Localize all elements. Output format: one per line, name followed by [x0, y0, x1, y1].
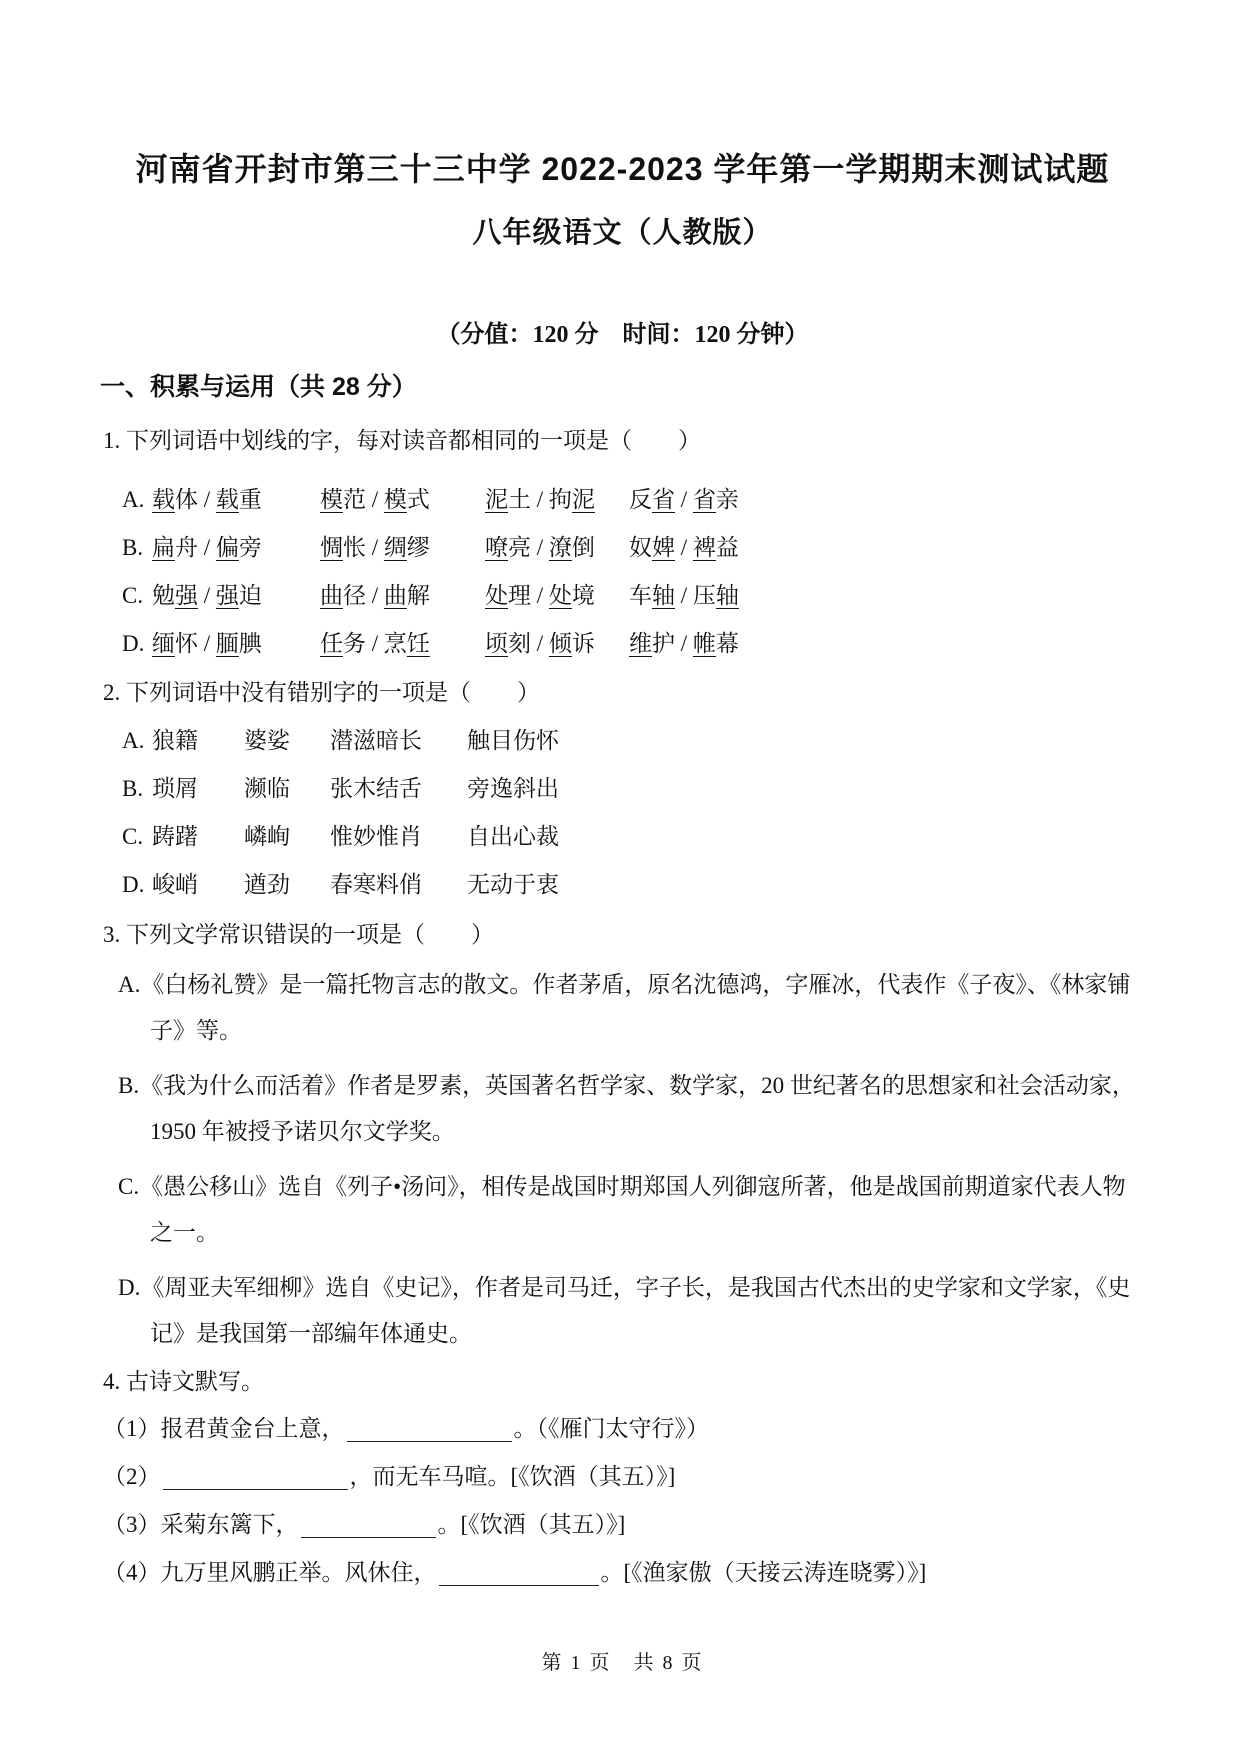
char: 刻 — [508, 631, 531, 656]
option-label: D. — [122, 620, 152, 668]
option-text: 《白杨礼赞》是一篇托物言志的散文。作者茅盾，原名沈德鸿，字雁冰，代表作《子夜》、… — [141, 972, 1130, 1043]
underlined-char: 处 — [485, 583, 508, 608]
option-label: C. — [122, 572, 152, 620]
word-pair: 顷刻 / 倾诉 — [485, 620, 629, 668]
word-pair: 奴婢 / 裨益 — [629, 524, 739, 572]
answer-blank — [347, 1418, 512, 1442]
char: 范 — [343, 487, 366, 512]
underlined-char: 载 — [216, 487, 239, 512]
page-subtitle: 八年级语文（人教版） — [100, 216, 1145, 251]
char: 解 — [407, 583, 430, 608]
option-label: C. — [122, 813, 152, 861]
q2-option-row: B.琐屑濒临张木结舌旁逸斜出 — [122, 765, 1145, 813]
underlined-char: 模 — [384, 487, 407, 512]
char: / — [366, 631, 384, 656]
option-text: 《愚公移山》选自《列子•汤问》，相传是战国时期郑国人列御寇所著，他是战国前期道家… — [140, 1174, 1126, 1245]
char: / — [675, 487, 693, 512]
char: 反 — [629, 487, 652, 512]
underlined-char: 绸 — [384, 535, 407, 560]
char: / — [366, 583, 384, 608]
word-pair: 扁舟 / 偏旁 — [152, 524, 320, 572]
char: 倒 — [572, 535, 595, 560]
char: 式 — [407, 487, 430, 512]
underlined-char: 缅 — [152, 631, 175, 656]
item-text: 。（《雁门太守行》） — [514, 1416, 710, 1441]
char: 重 — [239, 487, 262, 512]
page-title: 河南省开封市第三十三中学 2022-2023 学年第一学期期末测试试题 — [100, 150, 1145, 188]
q3-option: C.《愚公移山》选自《列子•汤问》，相传是战国时期郑国人列御寇所著，他是战国前期… — [118, 1164, 1145, 1256]
underlined-char: 强 — [175, 583, 198, 608]
word-pair: 缅怀 / 腼腆 — [152, 620, 320, 668]
word-pair: 反省 / 省亲 — [629, 476, 739, 524]
underlined-char: 扁 — [152, 535, 175, 560]
char: 腆 — [239, 631, 262, 656]
char: / — [531, 487, 549, 512]
item-text: （4）九万里风鹏正举。风休住， — [103, 1560, 437, 1585]
char: / — [366, 535, 384, 560]
word-pair: 任务 / 烹饪 — [320, 620, 485, 668]
item-text: （2） — [103, 1464, 161, 1489]
q1-option-row: D.缅怀 / 腼腆任务 / 烹饪顷刻 / 倾诉维护 / 帷幕 — [122, 620, 1145, 668]
q3-options: A.《白杨礼赞》是一篇托物言志的散文。作者茅盾，原名沈德鸿，字雁冰，代表作《子夜… — [100, 962, 1145, 1357]
option-word: 春寒料俏 — [330, 861, 467, 909]
underlined-char: 载 — [152, 487, 175, 512]
underlined-char: 省 — [693, 487, 716, 512]
q1-option-row: C.勉强 / 强迫曲径 / 曲解处理 / 处境车轴 / 压轴 — [122, 572, 1145, 620]
underlined-char: 强 — [216, 583, 239, 608]
q3-option: A.《白杨礼赞》是一篇托物言志的散文。作者茅盾，原名沈德鸿，字雁冰，代表作《子夜… — [118, 962, 1145, 1054]
option-label: B. — [122, 765, 152, 813]
char: / — [531, 631, 549, 656]
char: 亲 — [716, 487, 739, 512]
underlined-char: 维 — [629, 631, 652, 656]
underlined-char: 曲 — [320, 583, 343, 608]
underlined-char: 帷 — [693, 631, 716, 656]
char: 怅 — [343, 535, 366, 560]
item-text: 。[《渔家傲（天接云涛连晓雾）》] — [601, 1560, 927, 1585]
option-word: 惟妙惟肖 — [330, 813, 467, 861]
q1-option-row: B.扁舟 / 偏旁惆怅 / 绸缪嘹亮 / 潦倒奴婢 / 裨益 — [122, 524, 1145, 572]
underlined-char: 省 — [652, 487, 675, 512]
item-text: （1）报君黄金台上意， — [103, 1416, 345, 1441]
char: 舟 — [175, 535, 198, 560]
word-pair: 勉强 / 强迫 — [152, 572, 320, 620]
q3-option: B.《我为什么而活着》作者是罗素，英国著名哲学家、数学家，20 世纪著名的思想家… — [118, 1063, 1145, 1155]
item-text: 。[《饮酒（其五）》] — [438, 1512, 626, 1537]
q4-item: （4）九万里风鹏正举。风休住，。[《渔家傲（天接云涛连晓雾）》] — [103, 1549, 1145, 1597]
char: 迫 — [239, 583, 262, 608]
q2-option-row: A.狼籍婆娑潜滋暗长触目伤怀 — [122, 717, 1145, 765]
char: / — [198, 631, 216, 656]
underlined-char: 饪 — [407, 631, 430, 656]
q4-items: （1）报君黄金台上意，。（《雁门太守行》）（2），而无车马喧。[《饮酒（其五）》… — [100, 1405, 1145, 1597]
word-pair: 模范 / 模式 — [320, 476, 485, 524]
option-word: 旁逸斜出 — [467, 765, 559, 813]
char: 亮 — [508, 535, 531, 560]
underlined-char: 潦 — [549, 535, 572, 560]
word-pair: 惆怅 / 绸缪 — [320, 524, 485, 572]
underlined-char: 惆 — [320, 535, 343, 560]
char: 境 — [572, 583, 595, 608]
option-word: 嶙峋 — [244, 813, 330, 861]
char: / — [366, 487, 384, 512]
q2-option-row: D.峻峭遒劲春寒料俏无动于衷 — [122, 861, 1145, 909]
option-word: 琐屑 — [152, 765, 244, 813]
word-pair: 处理 / 处境 — [485, 572, 629, 620]
q4-item: （1）报君黄金台上意，。（《雁门太守行》） — [103, 1405, 1145, 1453]
underlined-char: 处 — [549, 583, 572, 608]
option-label: A. — [122, 717, 152, 765]
option-word: 峻峭 — [152, 861, 244, 909]
option-word: 张木结舌 — [330, 765, 467, 813]
char: 土 — [508, 487, 531, 512]
underlined-char: 模 — [320, 487, 343, 512]
char: / — [675, 631, 693, 656]
char: / — [198, 583, 216, 608]
option-word: 遒劲 — [244, 861, 330, 909]
option-label: C. — [118, 1174, 140, 1199]
option-label: B. — [118, 1073, 140, 1098]
char: 奴 — [629, 535, 652, 560]
option-word: 自出心裁 — [467, 813, 559, 861]
underlined-char: 任 — [320, 631, 343, 656]
underlined-char: 顷 — [485, 631, 508, 656]
option-word: 濒临 — [244, 765, 330, 813]
q4-item: （3）采菊东篱下，。[《饮酒（其五）》] — [103, 1501, 1145, 1549]
char: 护 — [652, 631, 675, 656]
underlined-char: 裨 — [693, 535, 716, 560]
char: / — [675, 535, 693, 560]
q2-stem: 2. 下列词语中没有错别字的一项是（ ） — [103, 677, 1145, 708]
q2-options: A.狼籍婆娑潜滋暗长触目伤怀B.琐屑濒临张木结舌旁逸斜出C.踌躇嶙峋惟妙惟肖自出… — [100, 717, 1145, 909]
char: 诉 — [572, 631, 595, 656]
char: / — [675, 583, 693, 608]
option-label: A. — [122, 476, 152, 524]
char: 怀 — [175, 631, 198, 656]
char: / — [198, 487, 216, 512]
word-pair: 维护 / 帷幕 — [629, 620, 739, 668]
char: 理 — [508, 583, 531, 608]
q2-option-row: C.踌躇嶙峋惟妙惟肖自出心裁 — [122, 813, 1145, 861]
char: 勉 — [152, 583, 175, 608]
underlined-char: 婢 — [652, 535, 675, 560]
option-word: 无动于衷 — [467, 861, 559, 909]
char: / — [531, 535, 549, 560]
underlined-char: 泥 — [572, 487, 595, 512]
option-text: 《我为什么而活着》作者是罗素，英国著名哲学家、数学家，20 世纪著名的思想家和社… — [140, 1073, 1135, 1144]
option-text: 《周亚夫军细柳》选自《史记》，作者是司马迁，字子长，是我国古代杰出的史学家和文学… — [141, 1275, 1130, 1346]
word-pair: 泥土 / 拘泥 — [485, 476, 629, 524]
option-word: 潜滋暗长 — [330, 717, 467, 765]
underlined-char: 腼 — [216, 631, 239, 656]
option-word: 狼籍 — [152, 717, 244, 765]
option-label: B. — [122, 524, 152, 572]
q1-option-row: A.载体 / 载重模范 / 模式泥土 / 拘泥反省 / 省亲 — [122, 476, 1145, 524]
underlined-char: 倾 — [549, 631, 572, 656]
q1-stem: 1. 下列词语中划线的字，每对读音都相同的一项是（ ） — [103, 425, 1145, 456]
underlined-char: 偏 — [216, 535, 239, 560]
char: 缪 — [407, 535, 430, 560]
option-word: 婆娑 — [244, 717, 330, 765]
word-pair: 曲径 / 曲解 — [320, 572, 485, 620]
page-number: 第 1 页 共 8 页 — [100, 1651, 1145, 1675]
answer-blank — [163, 1466, 348, 1490]
q4-stem: 4. 古诗文默写。 — [103, 1366, 1145, 1397]
char: 车 — [629, 583, 652, 608]
char: / — [531, 583, 549, 608]
option-label: A. — [118, 972, 141, 997]
char: 务 — [343, 631, 366, 656]
q3-option: D.《周亚夫军细柳》选自《史记》，作者是司马迁，字子长，是我国古代杰出的史学家和… — [118, 1265, 1145, 1357]
option-label: D. — [118, 1275, 141, 1300]
q3-stem: 3. 下列文学常识错误的一项是（ ） — [103, 919, 1145, 950]
score-time-line: （分值：120 分 时间：120 分钟） — [100, 321, 1145, 350]
underlined-char: 嘹 — [485, 535, 508, 560]
char: 压 — [693, 583, 716, 608]
char: 烹 — [384, 631, 407, 656]
q1-options: A.载体 / 载重模范 / 模式泥土 / 拘泥反省 / 省亲B.扁舟 / 偏旁惆… — [100, 476, 1145, 668]
underlined-char: 曲 — [384, 583, 407, 608]
char: 益 — [716, 535, 739, 560]
section1-heading: 一、积累与运用（共 28 分） — [100, 372, 1145, 403]
word-pair: 载体 / 载重 — [152, 476, 320, 524]
q4-item: （2），而无车马喧。[《饮酒（其五）》] — [103, 1453, 1145, 1501]
char: / — [198, 535, 216, 560]
underlined-char: 轴 — [652, 583, 675, 608]
word-pair: 嘹亮 / 潦倒 — [485, 524, 629, 572]
char: 径 — [343, 583, 366, 608]
answer-blank — [439, 1562, 599, 1586]
underlined-char: 轴 — [716, 583, 739, 608]
answer-blank — [301, 1514, 436, 1538]
word-pair: 车轴 / 压轴 — [629, 572, 739, 620]
char: 体 — [175, 487, 198, 512]
underlined-char: 泥 — [485, 487, 508, 512]
option-label: D. — [122, 861, 152, 909]
item-text: （3）采菊东篱下， — [103, 1512, 299, 1537]
char: 旁 — [239, 535, 262, 560]
option-word: 踌躇 — [152, 813, 244, 861]
exam-page: 河南省开封市第三十三中学 2022-2023 学年第一学期期末测试试题 八年级语… — [0, 150, 1240, 1675]
option-word: 触目伤怀 — [467, 717, 559, 765]
char: 拘 — [549, 487, 572, 512]
char: 幕 — [716, 631, 739, 656]
item-text: ，而无车马喧。[《饮酒（其五）》] — [350, 1464, 676, 1489]
